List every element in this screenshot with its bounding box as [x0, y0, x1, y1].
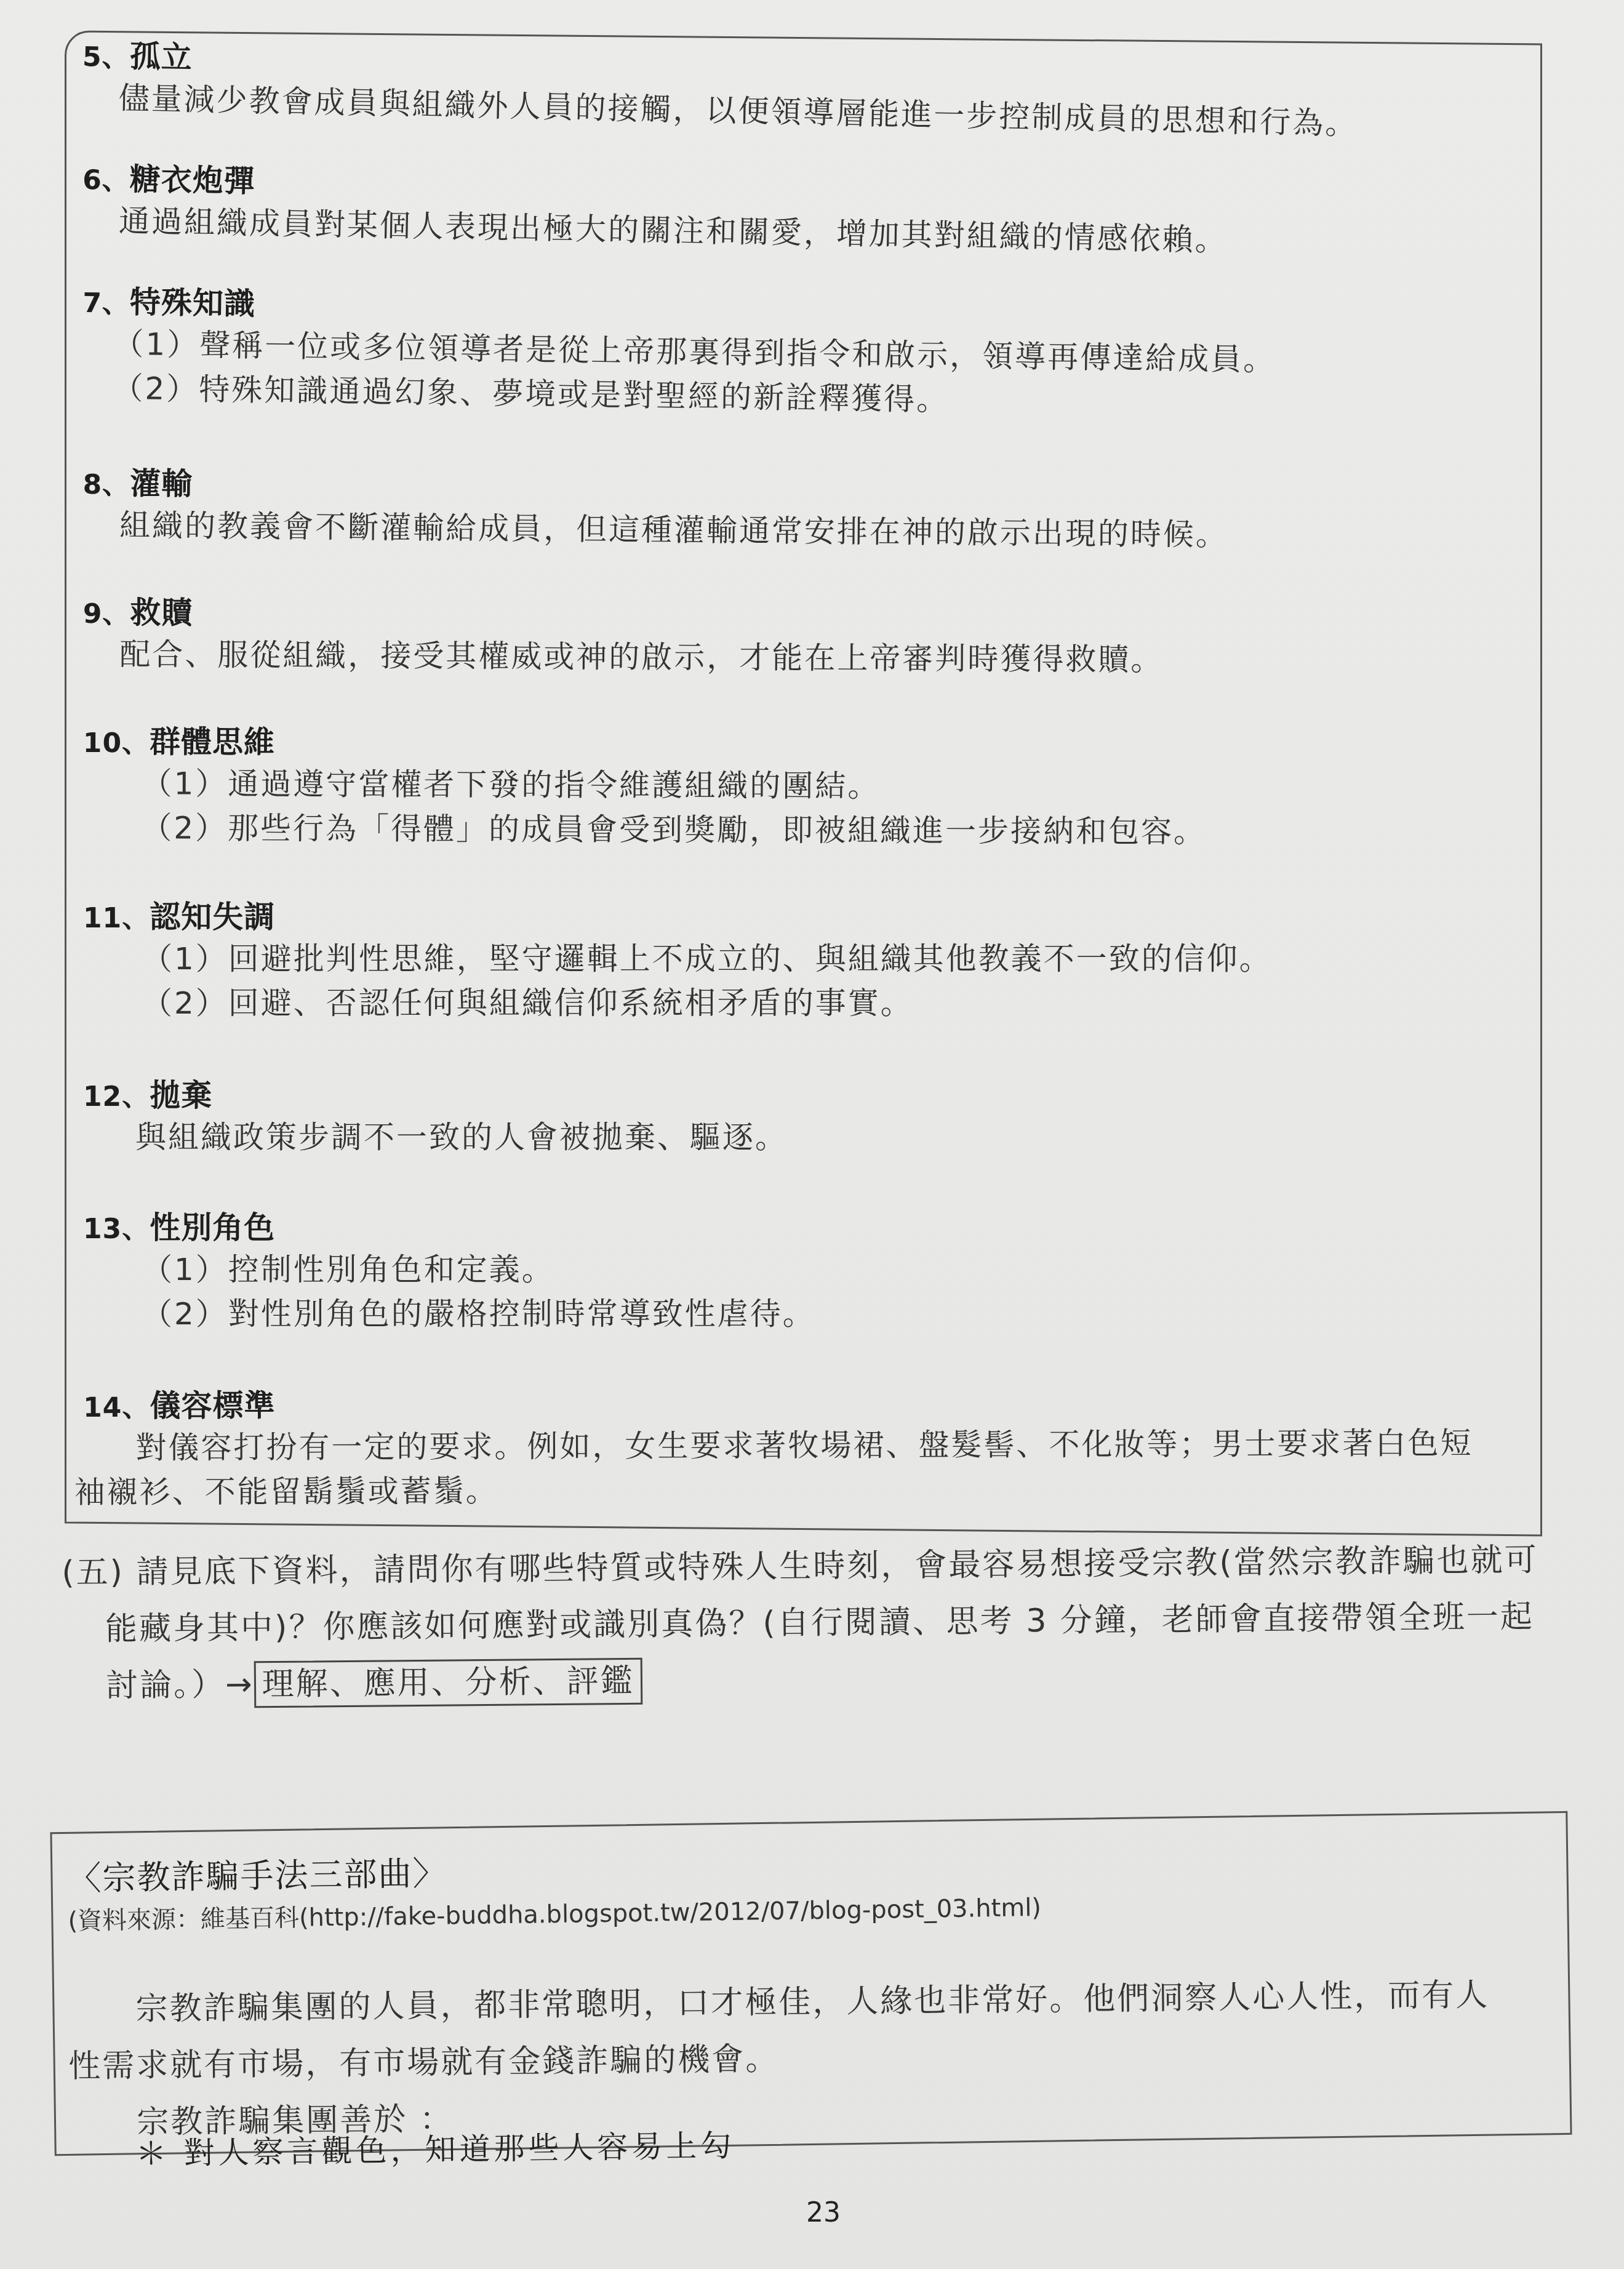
discussion-question: (五) 請見底下資料，請問你有哪些特質或特殊人生時刻，會最容易想接受宗教(當然宗…	[62, 1532, 1552, 1715]
item-11: 11、認知失調 （1）回避批判性思維，堅守邏輯上不成立的、與組織其他教義不一致的…	[83, 892, 1272, 1025]
item-text: （2）對性別角色的嚴格控制時常導致性虐待。	[83, 1292, 815, 1336]
item-heading: 11、認知失調	[83, 892, 1272, 937]
item-7: 7、特殊知識 （1）聲稱一位或多位領導者是從上帝那裏得到指令和啟示，領導再傳達給…	[81, 277, 1277, 426]
bullet-item: ＊ 對人察言觀色，知道那些人容易上勾	[135, 2121, 735, 2174]
box-paragraph: 宗教詐騙集團的人員，都非常聰明，口才極佳，人緣也非常好。他們洞察人心人性，而有人…	[68, 1966, 1546, 2151]
bloom-levels-box: 理解、應用、分析、評鑑	[254, 1658, 642, 1708]
item-12: 12、拋棄 與組織政策步調不一致的人會被拋棄、驅逐。	[83, 1071, 788, 1159]
item-heading: 13、性別角色	[83, 1203, 815, 1247]
item-text: 對儀容打扮有一定的要求。例如，女生要求著牧場裙、盤髮髻、不化妝等；男士要求著白色…	[83, 1421, 1473, 1470]
question-line-3: 討論。）→理解、應用、分析、評鑑	[63, 1645, 1553, 1715]
box-title: 〈宗教詐騙手法三部曲〉	[68, 1847, 447, 1900]
item-14: 14、儀容標準 對儀容打扮有一定的要求。例如，女生要求著牧場裙、盤髮髻、不化妝等…	[83, 1377, 1473, 1515]
item-heading: 9、救贖	[83, 588, 1164, 638]
item-text: 與組織政策步調不一致的人會被拋棄、驅逐。	[83, 1115, 788, 1159]
question-prefix: 討論。）→	[106, 1666, 254, 1704]
item-text: （2）回避、否認任何與組織信仰系統相矛盾的事實。	[83, 981, 1272, 1025]
item-8: 8、灌輸 組織的教義會不斷灌輸給成員，但這種灌輸通常安排在神的啟示出現的時候。	[82, 458, 1229, 557]
item-9: 9、救贖 配合、服從組織，接受其權威或神的啟示，才能在上帝審判時獲得救贖。	[82, 588, 1164, 682]
item-heading: 14、儀容標準	[83, 1377, 1473, 1426]
item-text: 袖襯衫、不能留鬍鬚或蓄鬚。	[74, 1465, 1473, 1515]
page-number: 23	[806, 2197, 841, 2228]
item-10: 10、群體思維 （1）通過遵守當權者下發的指令維護組織的團結。 （2）那些行為「…	[82, 717, 1207, 854]
item-heading: 10、群體思維	[83, 717, 1207, 765]
item-text: （1）控制性別角色和定義。	[83, 1247, 815, 1292]
item-heading: 12、拋棄	[83, 1071, 788, 1115]
item-text: （1）回避批判性思維，堅守邏輯上不成立的、與組織其他教義不一致的信仰。	[83, 937, 1272, 981]
item-text: 配合、服從組織，接受其權威或神的啟示，才能在上帝審判時獲得救贖。	[82, 632, 1163, 682]
item-text: （1）通過遵守當權者下發的指令維護組織的團結。	[82, 761, 1206, 809]
document-page: 5、孤立 儘量減少教會成員與組織外人員的接觸，以便領導層能進一步控制成員的思想和…	[0, 0, 1624, 2269]
item-13: 13、性別角色 （1）控制性別角色和定義。 （2）對性別角色的嚴格控制時常導致性…	[83, 1203, 815, 1336]
item-text: （2）那些行為「得體」的成員會受到獎勵，即被組織進一步接納和包容。	[82, 806, 1206, 854]
